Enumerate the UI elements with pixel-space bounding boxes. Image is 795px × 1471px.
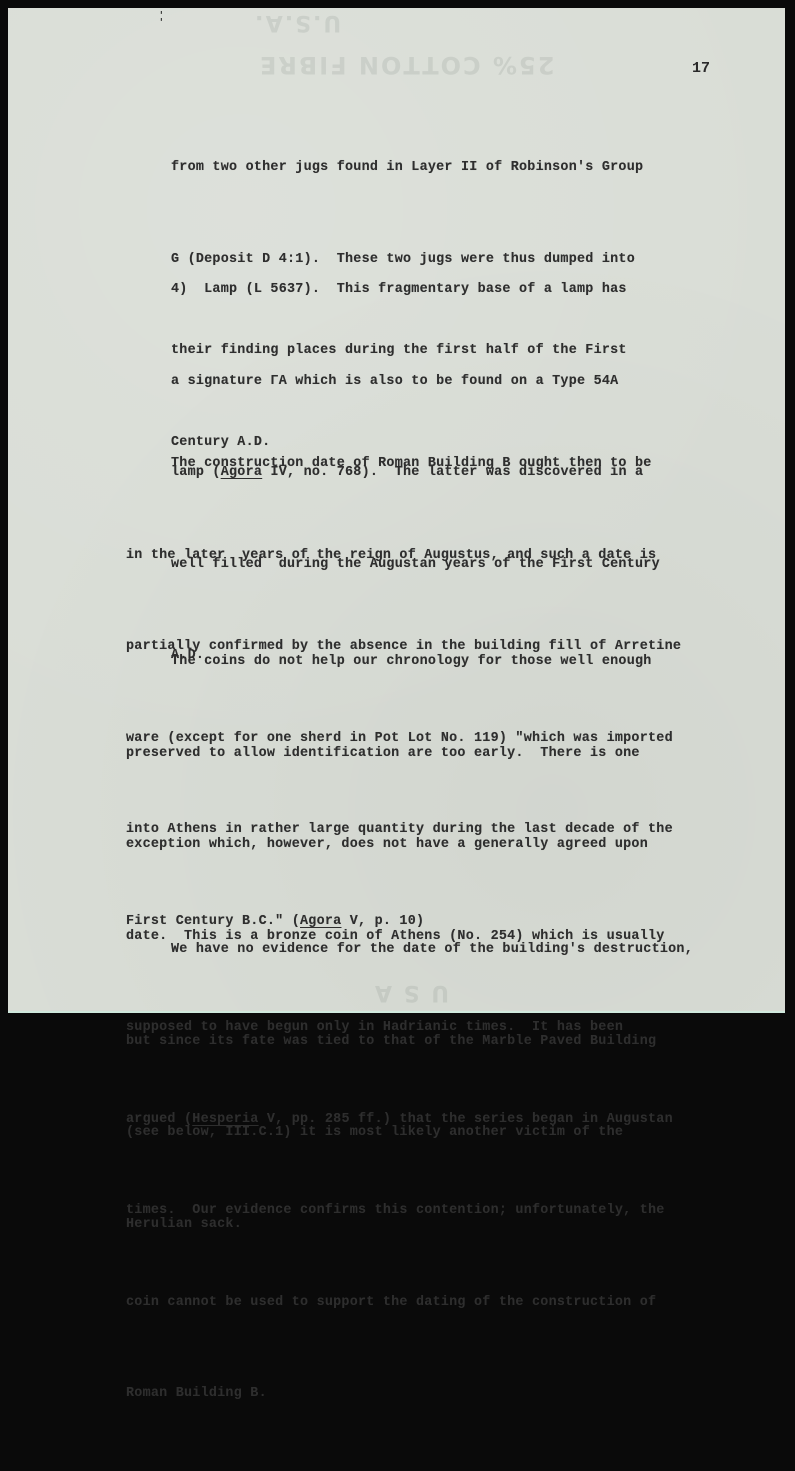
- text-line: The coins do not help our chronology for…: [126, 647, 673, 678]
- watermark-show-through-fibre: 25% COTTON FIBRE: [258, 51, 554, 79]
- ink-speck: '': [158, 12, 160, 26]
- typewritten-page: U.S.A. 25% COTTON FIBRE U S A '' 17 from…: [8, 8, 785, 1013]
- text-line: We have no evidence for the date of the …: [126, 935, 693, 966]
- text-line: 4) Lamp (L 5637). This fragmentary base …: [171, 275, 660, 306]
- watermark-show-through-top: U.S.A.: [253, 10, 341, 35]
- text-line: in the later years of the reign of Augus…: [126, 541, 681, 572]
- text-line: from two other jugs found in Layer II of…: [171, 153, 643, 184]
- paragraph-destruction: We have no evidence for the date of the …: [126, 874, 693, 1024]
- page-number: 17: [692, 60, 710, 77]
- text-line: preserved to allow identification are to…: [126, 739, 673, 770]
- text-line: The construction date of Roman Building …: [126, 449, 681, 480]
- text-line: exception which, however, does not have …: [126, 830, 673, 861]
